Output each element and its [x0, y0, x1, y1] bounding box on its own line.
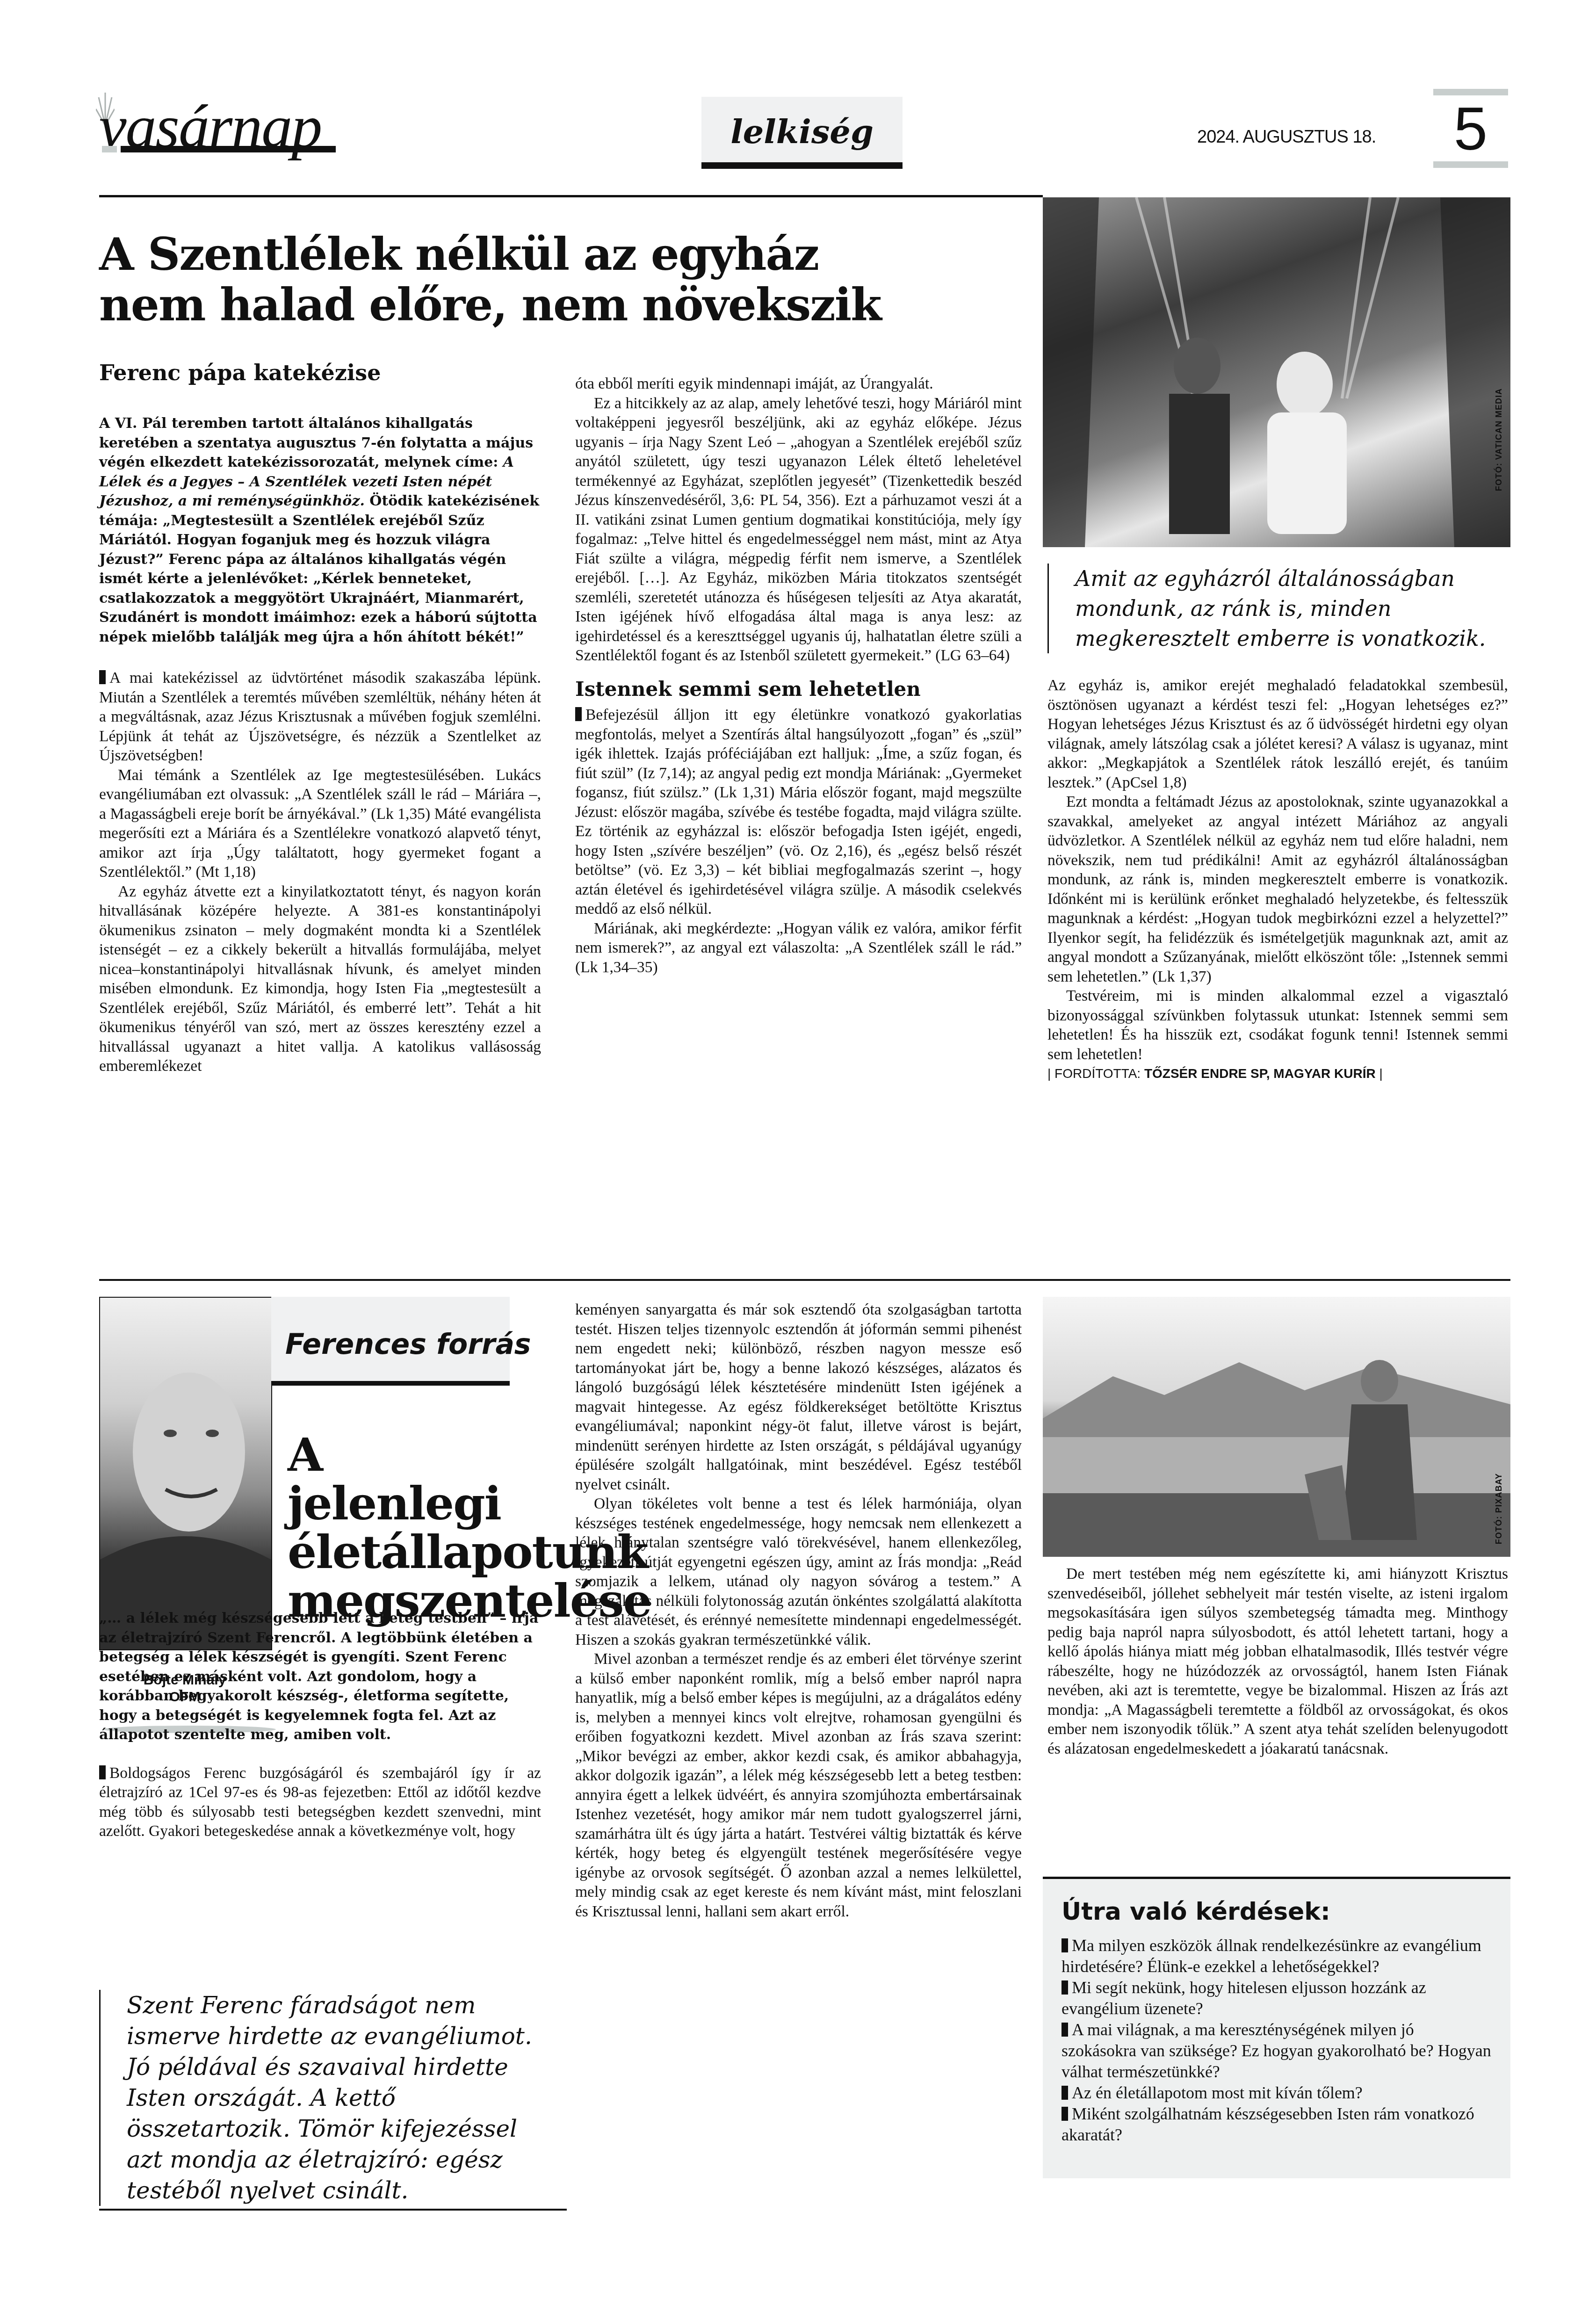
article2-column-1: „… a lélek még készségesebb lett a beteg…	[99, 1609, 541, 1841]
section-divider	[99, 1279, 1510, 1281]
article-lead: „… a lélek még készségesebb lett a beteg…	[99, 1609, 541, 1745]
page-number: 5	[1433, 98, 1508, 159]
body-paragraph: Ezt mondta a feltámadt Jézus az apostolo…	[1047, 792, 1508, 986]
article-subhead: Istennek semmi sem lehetetlen	[575, 679, 1022, 699]
headline-line-1: A Szentlélek nélkül az egyház	[99, 229, 1011, 280]
article-lead: A VI. Pál teremben tartott általános kih…	[99, 414, 541, 647]
section-tag[interactable]: lelkiség	[701, 112, 903, 151]
paragraph-marker-icon	[575, 707, 582, 721]
body-text: A mai katekézissel az üdvtörténet másodi…	[99, 668, 541, 1076]
question-item: Ma milyen eszközök állnak rendelkezésünk…	[1062, 1935, 1492, 1977]
pull-quote: Amit az egyházról általánosságban mondun…	[1047, 564, 1505, 653]
portrait-illustration	[100, 1298, 271, 1649]
article2-column-3: De mert testében még nem egészítette ki,…	[1047, 1564, 1508, 1758]
question-item: A mai világnak, a ma kereszténységének m…	[1062, 2019, 1492, 2082]
st-francis-statue-photo[interactable]	[1043, 1297, 1510, 1557]
article-column-1: A VI. Pál teremben tartott általános kih…	[99, 414, 541, 1076]
questions-title: Útra való kérdések:	[1062, 1898, 1510, 1926]
pull-quote: Szent Ferenc fáradságot nem ismerve hird…	[99, 1990, 548, 2206]
body-paragraph: Mai témánk a Szentlélek az Ige megtestes…	[99, 766, 541, 882]
headline-line-2: nem halad előre, nem növekszik	[99, 280, 1011, 330]
author-portrait[interactable]	[99, 1297, 272, 1650]
bullet-icon	[1062, 1980, 1068, 1995]
body-paragraph: Máriának, aki megkérdezte: „Hogyan válik…	[575, 919, 1022, 977]
lead-text-cont: Ötödik katekézisének témája: „Megtestesü…	[99, 493, 539, 645]
question-item: Miként szolgálhatnám készségesebben Iste…	[1062, 2103, 1492, 2146]
question-item: Mi segít nekünk, hogy hitelesen eljusson…	[1062, 1977, 1492, 2019]
body-paragraph: óta ebből meríti egyik mindennapi imáját…	[575, 374, 1022, 394]
body-paragraph: keményen sanyargatta és már sok esztendő…	[575, 1300, 1022, 1494]
body-text: Boldogságos Ferenc buzgóságáról és szemb…	[99, 1763, 541, 1841]
column-name: Ferences forrás	[285, 1328, 531, 1361]
translator-credit: | FORDÍTOTTA: TŐZSÉR ENDRE SP, MAGYAR KU…	[1047, 1064, 1508, 1084]
section-tag-underline	[701, 162, 903, 169]
bullet-icon	[1062, 2107, 1068, 2121]
bullet-icon	[1062, 1938, 1068, 1952]
photo-credit: FOTÓ: PIXABAY	[1494, 1473, 1504, 1544]
reflection-questions-box: Útra való kérdések: Ma milyen eszközök á…	[1043, 1877, 1510, 2178]
body-paragraph: Az egyház átvette ezt a kinyilatkoztatot…	[99, 882, 541, 1076]
lead-text: A VI. Pál teremben tartott általános kih…	[99, 415, 533, 470]
logo-underline	[121, 146, 336, 152]
body-paragraph: Testvéreim, mi is minden alkalommal ezze…	[1047, 986, 1508, 1064]
bullet-icon	[1062, 2086, 1068, 2100]
body-paragraph: Mivel azonban a természet rendje és az e…	[575, 1649, 1022, 1921]
column-name-underline	[271, 1381, 510, 1386]
article-kicker: Ferenc pápa katekézise	[99, 360, 381, 385]
photo-illustration	[1043, 1297, 1510, 1557]
article-column-2: óta ebből meríti egyik mindennapi imáját…	[575, 374, 1022, 977]
translator-label: FORDÍTOTTA:	[1054, 1066, 1141, 1081]
article-column-3: Az egyház is, amikor erejét meghaladó fe…	[1047, 676, 1508, 1084]
questions-list: Ma milyen eszközök állnak rendelkezésünk…	[1062, 1935, 1492, 2146]
article2-column-2: keményen sanyargatta és már sok esztendő…	[575, 1300, 1022, 1921]
article-headline: A jelenlegi életállapotunk megszentelése	[288, 1431, 526, 1626]
body-paragraph: De mert testében még nem egészítette ki,…	[1047, 1564, 1508, 1758]
photo-credit: FOTÓ: VATICAN MEDIA	[1494, 388, 1504, 491]
page-number-bar-bottom	[1433, 161, 1508, 168]
pope-audience-photo[interactable]	[1043, 197, 1510, 547]
body-paragraph: Az egyház is, amikor erejét meghaladó fe…	[1047, 676, 1508, 792]
paragraph-marker-icon	[99, 670, 106, 684]
issue-date: 2024. AUGUSZTUS 18.	[1197, 127, 1376, 147]
bottom-divider	[99, 2209, 567, 2211]
question-item: Az én életállapotom most mit kíván tőlem…	[1062, 2082, 1492, 2103]
body-paragraph: Boldogságos Ferenc buzgóságáról és szemb…	[99, 1763, 541, 1841]
photo-illustration	[1043, 197, 1510, 547]
body-paragraph: Olyan tökéletes volt benne a test és lél…	[575, 1494, 1022, 1649]
logo-underline-accent	[102, 146, 117, 152]
body-paragraph: Ez a hitcikkely az az alap, amely lehető…	[575, 394, 1022, 665]
paragraph-marker-icon	[99, 1765, 106, 1779]
article-headline: A Szentlélek nélkül az egyház nem halad …	[99, 229, 1011, 330]
body-paragraph: A mai katekézissel az üdvtörténet másodi…	[99, 668, 541, 766]
bullet-icon	[1062, 2023, 1068, 2037]
header-divider	[99, 195, 1043, 197]
translator-name: TŐZSÉR ENDRE SP, MAGYAR KURÍR	[1144, 1066, 1376, 1081]
body-paragraph: Befejezésül álljon itt egy életünkre von…	[575, 705, 1022, 919]
